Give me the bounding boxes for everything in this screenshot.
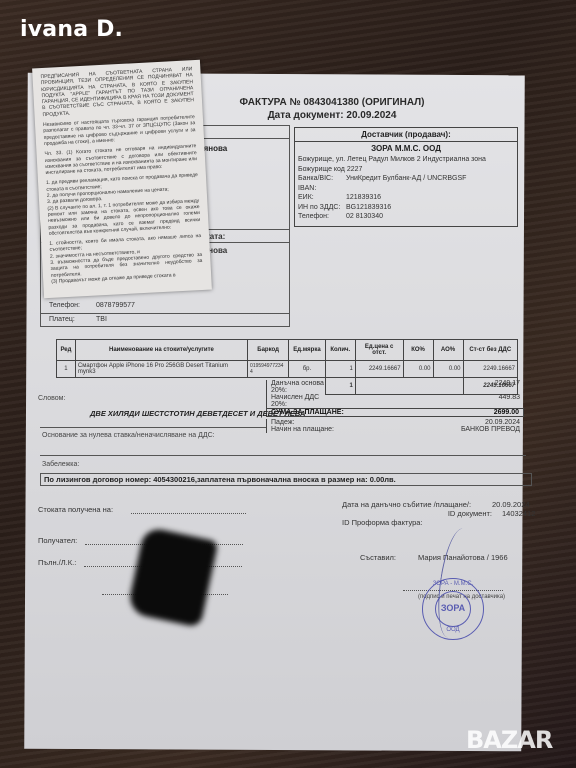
due-date-row: Падеж:20.09.2024 [266,419,524,426]
supplier-row: ЕИК:121839316 [295,193,517,203]
doc-id-label: ID документ: [342,509,502,518]
row-label: ЕИК: [298,193,346,203]
due-value: 20.09.2024 [485,419,520,426]
phone-value: 0878799577 [96,302,135,309]
table-row: 1 Смартфон Apple iPhone 16 Pro 256GB Des… [57,361,518,378]
col-header: Наименование на стоките/услугите [75,340,247,361]
row-value: 121839316 [346,193,381,203]
col-header: Ед.цена с отст. [355,340,403,361]
col-header: Ст-ст без ДДС [463,340,517,361]
note-label: Забележка: [42,461,79,468]
amount-in-words: ДВЕ ХИЛЯДИ ШЕСТСТОТИН ДЕВЕТДЕСЕТ И ДЕВЕТ… [90,409,305,418]
company-stamp: ЗОРА - М.М.С. ЗОРА ООД [422,578,484,640]
col-header: Баркод [248,340,289,361]
event-date-row: Дата на данъчно събитие /плащане/:20.09.… [342,500,535,509]
col-header: Колич. [325,340,355,361]
invoice-title: ФАКТУРА № 0843041380 (ОРИГИНАЛ) Дата док… [232,97,432,123]
divider [41,313,289,314]
uploader-name: ivana D. [20,17,123,42]
proforma-label: ID Проформа фактура: [342,518,492,527]
zero-vat-label: Основание за нулева ставка/неначисляване… [42,432,215,439]
payment-method-row: Начин на плащане:БАНКОВ ПРЕВОД [266,426,524,433]
due-label: Падеж: [271,419,294,426]
leasing-note: По лизингов договор номер: 4054300216,за… [40,473,532,486]
tax-base-label: Данъчна основа20%: [271,380,324,394]
table-header-row: Ред Наименование на стоките/услугите Бар… [57,340,518,361]
col-header: Ред [57,340,76,361]
tax-base-row: Данъчна основа20%:2249.17 [266,380,524,394]
row-value: BG121839316 [346,203,391,213]
receiver-label: Получател: [38,536,77,545]
supplier-address: Божурище, ул. Летец Радул Милков 2 Индус… [295,155,517,165]
divider [40,427,266,428]
doc-id-value: 14032412 [502,509,535,518]
supplier-row: Телефон:02 8130340 [295,212,517,222]
vat-value: 449.83 [499,394,520,408]
dotted-line [131,513,246,514]
words-label: Словом: [38,395,65,402]
invoice-number: ФАКТУРА № 0843041380 (ОРИГИНАЛ) [232,97,432,108]
event-date-label: Дата на данъчно събитие /плащане/: [342,500,492,509]
row-label: Телефон: [298,212,346,222]
row-value: УниКредит Булбанк-АД / UNCRBGSF [346,174,466,184]
row-value: 02 8130340 [346,212,383,222]
method-label: Начин на плащане: [271,426,334,433]
stamp-bottom-text: ООД [423,627,483,633]
stamp-top-text: ЗОРА - М.М.С. [423,581,483,587]
authorized-label: Пълн./Л.К.: [38,558,76,567]
supplier-row: Банка/BIC:УниКредит Булбанк-АД / UNCRBGS… [295,174,517,184]
cell-unit: бр. [289,361,326,378]
cell-row-no: 1 [57,361,76,378]
col-header: Ед.мярка [289,340,326,361]
warranty-leaflet: ПРЕДПИСАНИЯ НА СЪОТВЕТНАТА СТРАНА ИЛИ ПР… [32,60,212,298]
col-header: АО% [433,340,463,361]
cell-qty: 1 [325,361,355,378]
vat-row: Начислен ДДС20%:449.83 [266,394,524,408]
cell-value: 2249.16667 [463,361,517,378]
customer-payer-row: Платец:TBI [49,316,107,323]
rate: 20%: [271,387,287,394]
goods-received-row: Стоката получена на: [38,505,246,514]
rate: 20%: [271,401,287,408]
bazar-watermark-logo: BAZAR [466,726,552,754]
supplier-row: ИН по ЗДДС:BG121839316 [295,203,517,213]
supplier-box: Доставчик (продавач): ЗОРА М.М.С. ООД Бо… [294,127,518,227]
tax-base-value: 2249.17 [495,380,520,394]
doc-id-row: ID документ:14032412 [342,509,535,518]
label: Начислен ДДС [271,394,319,401]
supplier-header: Доставчик (продавач): [295,128,517,142]
supplier-address-2: Божурище код 2227 [295,165,517,175]
cell-barcode: 0195949772344 [248,361,289,378]
divider [40,455,526,456]
row-label: ИН по ЗДДС: [298,203,346,213]
leaflet-paragraph: Независимо от настоящата търговска гаран… [43,114,196,147]
payer-label: Платец: [49,316,96,323]
composed-by-row: Съставил:Мария Панайотова / 1966 [360,553,508,562]
vat-label: Начислен ДДС20%: [271,394,319,408]
cell-price: 2249.16667 [355,361,403,378]
payer-value: TBI [96,316,107,323]
address-line-2: Божурище код 2227 [298,165,362,175]
document-meta: Дата на данъчно събитие /плащане/:20.09.… [342,500,535,527]
address-line-1: Божурище, ул. Летец Радул Милков 2 Индус… [298,155,486,165]
cell-product: Смартфон Apple iPhone 16 Pro 256GB Deser… [75,361,247,378]
supplier-row: IBAN: [295,184,517,194]
totals-block: Данъчна основа20%:2249.17 Начислен ДДС20… [266,380,524,433]
cell-ao: 0.00 [433,361,463,378]
customer-phone-row: Телефон:0878799577 [49,302,135,309]
event-date-value: 20.09.2024 [492,500,530,509]
composed-label: Съставил: [360,553,396,562]
row-label: Банка/BIC: [298,174,346,184]
received-label: Стоката получена на: [38,505,113,514]
proforma-row: ID Проформа фактура: [342,518,535,527]
col-header: КО% [403,340,433,361]
cell-ko: 0.00 [403,361,433,378]
label: Данъчна основа [271,380,324,387]
document-date: Дата документ: 20.09.2024 [232,110,432,121]
amount-due-value: 2699.00 [494,409,519,416]
leaflet-paragraph: Чл. 33. (1) Когато стоката не отговаря н… [44,143,197,176]
phone-label: Телефон: [49,302,96,309]
supplier-name: ЗОРА М.М.С. ООД [295,142,517,155]
leaflet-paragraph: ПРЕДПИСАНИЯ НА СЪОТВЕТНАТА СТРАНА ИЛИ ПР… [40,66,194,118]
stamp-center-text: ЗОРА [423,603,483,613]
method-value: БАНКОВ ПРЕВОД [461,426,520,433]
row-label: IBAN: [298,184,346,194]
